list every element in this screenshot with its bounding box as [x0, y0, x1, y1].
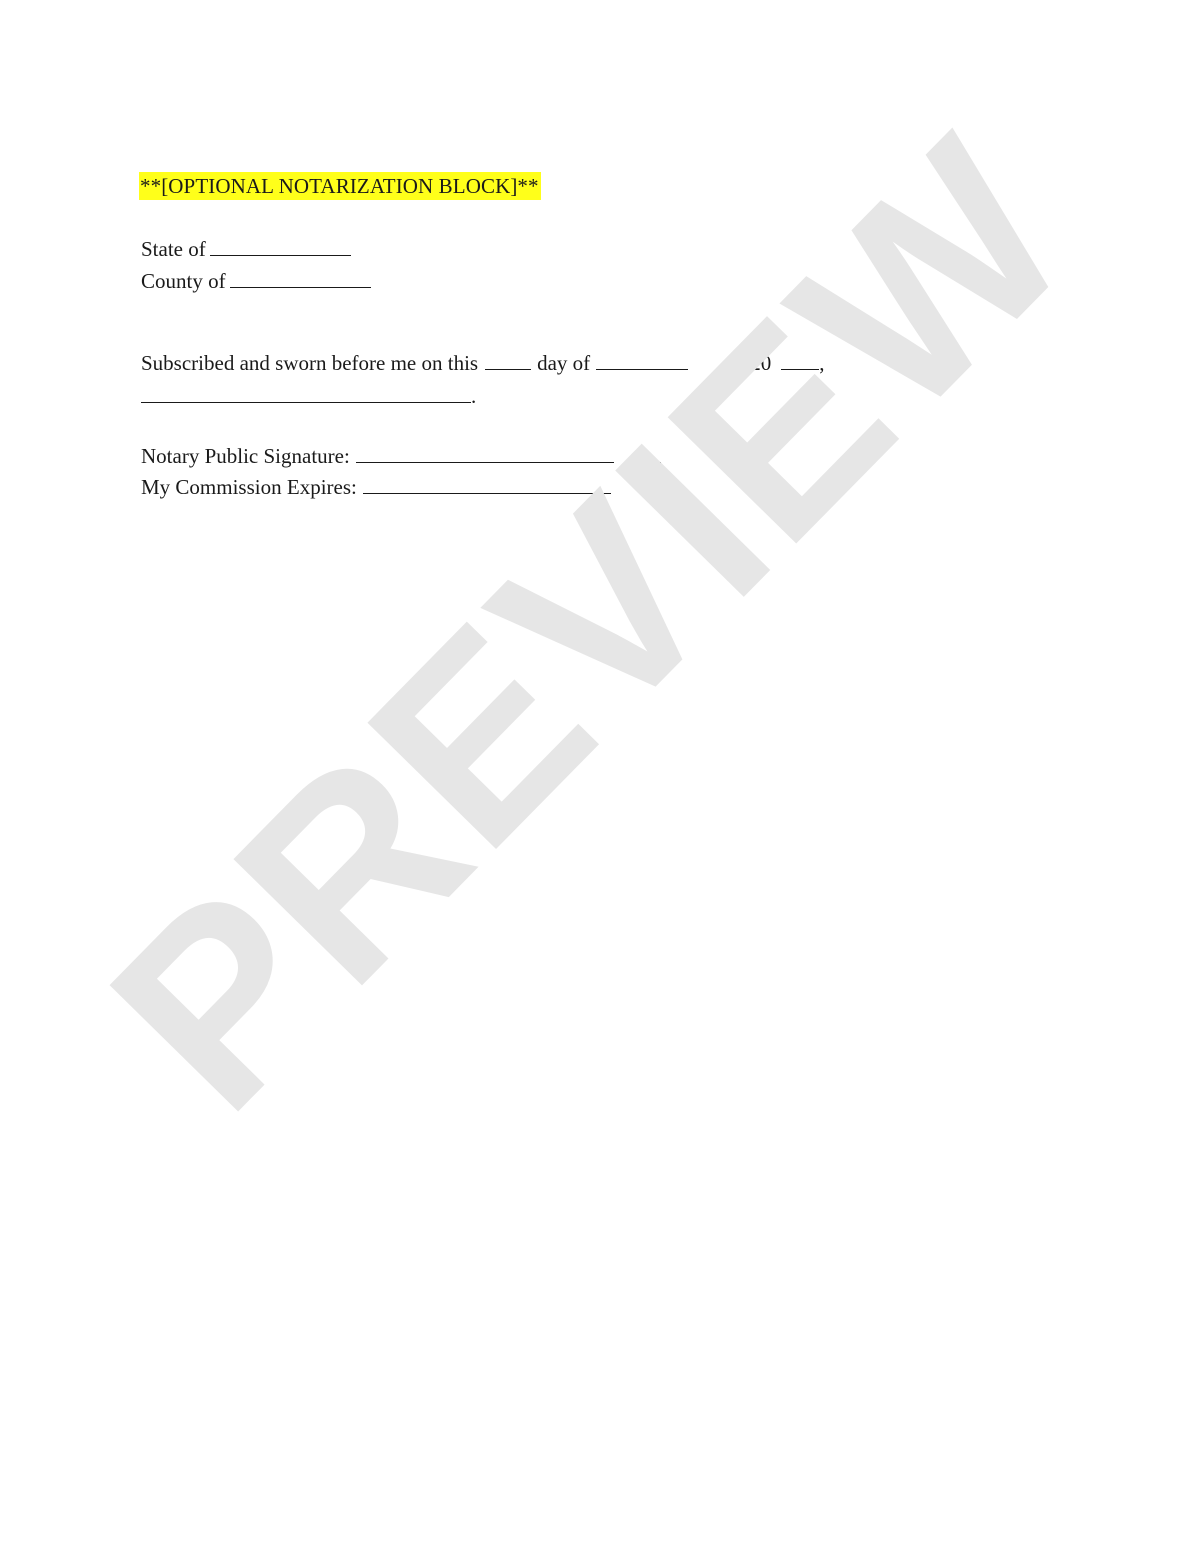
- name-blank-field[interactable]: [141, 383, 471, 403]
- line-end-period: .: [471, 384, 476, 408]
- notary-signature-field[interactable]: [356, 443, 614, 463]
- day-blank-field[interactable]: [485, 350, 531, 370]
- subscribed-line: Subscribed and sworn before me on thisda…: [141, 350, 824, 376]
- month-blank-field[interactable]: [596, 350, 688, 370]
- state-label: State of: [141, 237, 206, 261]
- notary-signature-label: Notary Public Signature:: [141, 444, 350, 468]
- commission-expires-line: My Commission Expires:: [141, 474, 611, 500]
- day-of-text: day of: [537, 351, 590, 375]
- subscribed-text: Subscribed and sworn before me on this: [141, 351, 478, 375]
- county-blank-field[interactable]: [230, 268, 371, 288]
- year-prefix: 20: [750, 351, 771, 375]
- year-suffix: ,: [819, 351, 824, 375]
- county-label: County of: [141, 269, 226, 293]
- notary-signature-line: Notary Public Signature:: [141, 443, 661, 469]
- state-line: State of: [141, 236, 351, 262]
- commission-expires-field[interactable]: [363, 474, 611, 494]
- document-page: **[OPTIONAL NOTARIZATION BLOCK]** State …: [0, 0, 1200, 1553]
- year-blank-field[interactable]: [781, 350, 819, 370]
- notarization-heading: **[OPTIONAL NOTARIZATION BLOCK]**: [139, 172, 541, 200]
- commission-expires-label: My Commission Expires:: [141, 475, 357, 499]
- state-blank-field[interactable]: [210, 236, 351, 256]
- signature-trailing-underline: [654, 443, 661, 463]
- county-line: County of: [141, 268, 371, 294]
- subscribed-line-2: .: [141, 383, 476, 409]
